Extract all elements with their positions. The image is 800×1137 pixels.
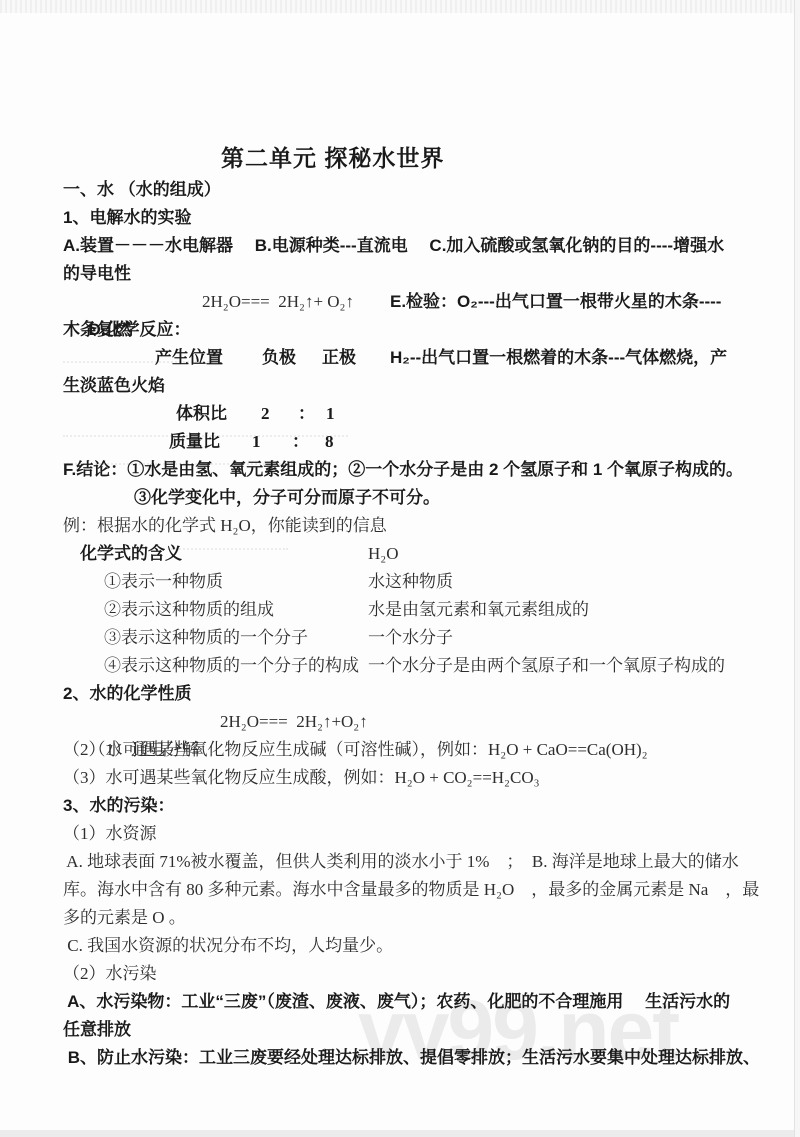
experiment-abc-wrap: 的导电性 xyxy=(63,260,763,288)
positive-electrode-label: 正极 xyxy=(322,344,356,372)
formula-row-right: 一个水分子是由两个氢原子和一个氧原子构成的 xyxy=(368,652,725,680)
acid-reaction-line: （3）水可遇某些氧化物反应生成酸，例如：H₂O + CO₂==H₂CO₃ xyxy=(63,764,763,792)
water-pollution-heading: （2）水污染 xyxy=(63,960,763,988)
experiment-heading: 1、电解水的实验 xyxy=(63,204,763,232)
formula-row-left: ④表示这种物质的一个分子的构成 xyxy=(104,652,359,680)
page-right-margin xyxy=(795,0,800,1137)
hydrogen-test-text: H₂--出气口置一根燃着的木条---气体燃烧，产 xyxy=(390,344,727,372)
formula-row-right: 水是由氢元素和氧元素组成的 xyxy=(368,596,589,624)
formula-meaning-header: 化学式的含义 xyxy=(80,540,182,568)
volume-ratio-row: 体积比 2 ： 1 xyxy=(63,400,763,428)
mass-ratio-value2: 8 xyxy=(325,428,334,456)
position-label: 产生位置 xyxy=(155,344,223,372)
water-resources-line2: 库。海水中含有 80 多种元素。海水中含量最多的物质是 H₂O ，最多的金属元素… xyxy=(63,876,763,904)
gas-position-row: 产生位置 负极 正极 H₂--出气口置一根燃着的木条---气体燃烧，产 xyxy=(63,344,763,372)
page-top-edge xyxy=(0,0,800,13)
reaction-label: D.化学反应： xyxy=(89,320,191,339)
formula-row-right: 一个水分子 xyxy=(368,624,453,652)
pollutants-line1: A、水污染物：工业“三废”（废渣、废液、废气）；农药、化肥的不合理施用 生活污水… xyxy=(63,988,763,1016)
formula-example-row: ②表示这种物质的组成 水是由氢元素和氧元素组成的 xyxy=(63,596,763,624)
water-resources-heading: （1）水资源 xyxy=(63,820,763,848)
formula-row-left: ①表示一种物质 xyxy=(104,568,223,596)
section1-heading: 一、水 （水的组成） xyxy=(63,176,763,204)
volume-ratio-label: 体积比 xyxy=(176,400,227,428)
water-resources-line1: A. 地球表面 71%被水覆盖，但供人类利用的淡水小于 1% ； B. 海洋是地… xyxy=(63,848,763,876)
mass-ratio-value1: 1 xyxy=(252,428,261,456)
section3-heading: 3、水的污染： xyxy=(63,792,763,820)
formula-example-row: ①表示一种物质 水这种物质 xyxy=(63,568,763,596)
negative-electrode-label: 负极 xyxy=(262,344,296,372)
formula-example-intro: 例：根据水的化学式 H₂O，你能读到的信息 xyxy=(63,512,763,540)
document-page: vv99.net 第二单元 探秘水世界 一、水 （水的组成） 1、电解水的实验 … xyxy=(0,0,800,1137)
pollution-prevention-line: B、防止水污染：工业三废要经处理达标排放、提倡零排放；生活污水要集中处理达标排放… xyxy=(63,1044,763,1072)
volume-ratio-value1: 2 xyxy=(261,400,270,428)
page-bottom-edge xyxy=(0,1130,800,1137)
experiment-abc-line: A.装置－－－水电解器 B.电源种类---直流电 C.加入硫酸或氢氧化钠的目的-… xyxy=(63,232,763,260)
document-content: 第二单元 探秘水世界 一、水 （水的组成） 1、电解水的实验 A.装置－－－水电… xyxy=(63,140,763,1072)
pollutants-line2: 任意排放 xyxy=(63,1016,763,1044)
decomposition-row: （1）通电分解 2H₂O=== 2H₂↑+O₂↑ xyxy=(63,708,763,736)
hydrogen-test-wrap: 生淡蓝色火焰 xyxy=(63,372,763,400)
water-resources-line4: C. 我国水资源的状况分布不均，人均量少。 xyxy=(63,932,763,960)
formula-row-left: ③表示这种物质的一个分子 xyxy=(104,624,308,652)
mass-ratio-label: 质量比 xyxy=(169,428,220,456)
reaction-test-row: D.化学反应： 2H₂O=== 2H₂↑+ O₂↑ E.检验：O₂---出气口置… xyxy=(63,288,763,316)
mass-ratio-colon: ： xyxy=(292,428,309,456)
unit-title: 第二单元 探秘水世界 xyxy=(221,140,763,176)
electrolysis-equation: 2H₂O=== 2H₂↑+ O₂↑ xyxy=(202,288,354,316)
formula-example-row: ④表示这种物质的一个分子的构成 一个水分子是由两个氢原子和一个氧原子构成的 xyxy=(63,652,763,680)
section2-heading: 2、水的化学性质 xyxy=(63,680,763,708)
decomposition-equation: 2H₂O=== 2H₂↑+O₂↑ xyxy=(220,708,368,736)
mass-ratio-row: 质量比 1 ： 8 xyxy=(63,428,763,456)
conclusion-line2: ③化学变化中，分子可分而原子不可分。 xyxy=(134,484,763,512)
water-resources-line3: 多的元素是 O 。 xyxy=(63,904,763,932)
formula-row-right: 水这种物质 xyxy=(368,568,453,596)
formula-row-left: ②表示这种物质的组成 xyxy=(104,596,274,624)
volume-ratio-colon: ： xyxy=(298,400,315,428)
decomposition-label: （1）通电分解 xyxy=(89,740,200,759)
conclusion-line1: F.结论：①水是由氢、氧元素组成的；②一个水分子是由 2 个氢原子和 1 个氧原… xyxy=(63,456,763,484)
volume-ratio-value2: 1 xyxy=(326,400,335,428)
oxygen-test-label: E.检验：O₂---出气口置一根带火星的木条---- xyxy=(390,288,721,316)
page-right-edge-line xyxy=(794,0,795,1137)
formula-header-value: H₂O xyxy=(368,540,398,568)
formula-example-header-row: 化学式的含义 H₂O xyxy=(63,540,763,568)
formula-example-row: ③表示这种物质的一个分子 一个水分子 xyxy=(63,624,763,652)
